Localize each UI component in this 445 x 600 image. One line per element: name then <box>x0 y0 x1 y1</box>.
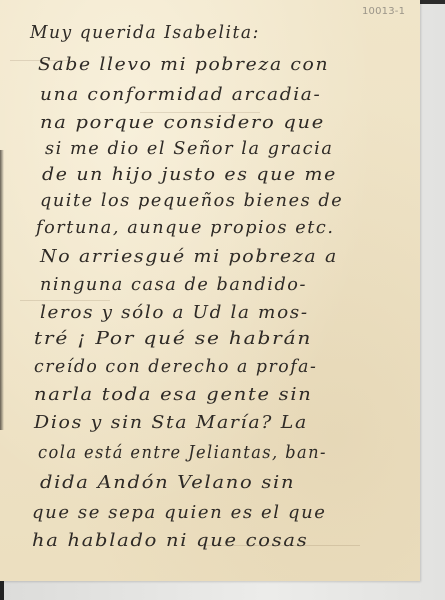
letter-page: 10013-1 Muy querida Isabelita: Sabe llev… <box>0 0 420 581</box>
letter-line-4: na porque considero que <box>40 112 325 133</box>
scanner-edge-top <box>420 0 445 4</box>
catalog-number: 10013-1 <box>362 6 405 17</box>
letter-line-10: ninguna casa de bandido- <box>40 274 307 295</box>
letter-line-18: que se sepa quien es el que <box>32 502 327 523</box>
letter-line-19: ha hablado ni que cosas <box>32 530 308 551</box>
letter-line-3: una conformidad arcadia- <box>40 84 321 105</box>
letter-line-12: tré ¡ Por qué se habrán <box>34 328 312 349</box>
letter-line-8: fortuna, aunque propios etc. <box>36 217 335 238</box>
letter-line-17: dida Andón Velano sin <box>40 472 295 493</box>
letter-line-15: Dios y sin Sta María? La <box>34 412 308 433</box>
letter-line-2: Sabe llevo mi pobreza con <box>38 54 329 75</box>
letter-line-16: cola está entre Jeliantas, ban- <box>38 442 327 463</box>
letter-line-6: de un hijo justo es que me <box>42 164 337 185</box>
letter-line-11: leros y sólo a Ud la mos- <box>40 302 309 323</box>
ink-bleed-through <box>20 300 110 301</box>
letter-line-13: creído con derecho a profa- <box>34 356 317 377</box>
scanner-edge-bottom <box>0 581 4 600</box>
page-fold-shadow <box>0 150 4 430</box>
letter-line-5: si me dio el Señor la gracia <box>45 138 333 159</box>
letter-line-1: Muy querida Isabelita: <box>30 22 260 43</box>
letter-line-7: quite los pequeños bienes de <box>40 190 343 211</box>
letter-line-9: No arriesgué mi pobreza a <box>40 246 338 267</box>
letter-line-14: narla toda esa gente sin <box>34 384 313 405</box>
